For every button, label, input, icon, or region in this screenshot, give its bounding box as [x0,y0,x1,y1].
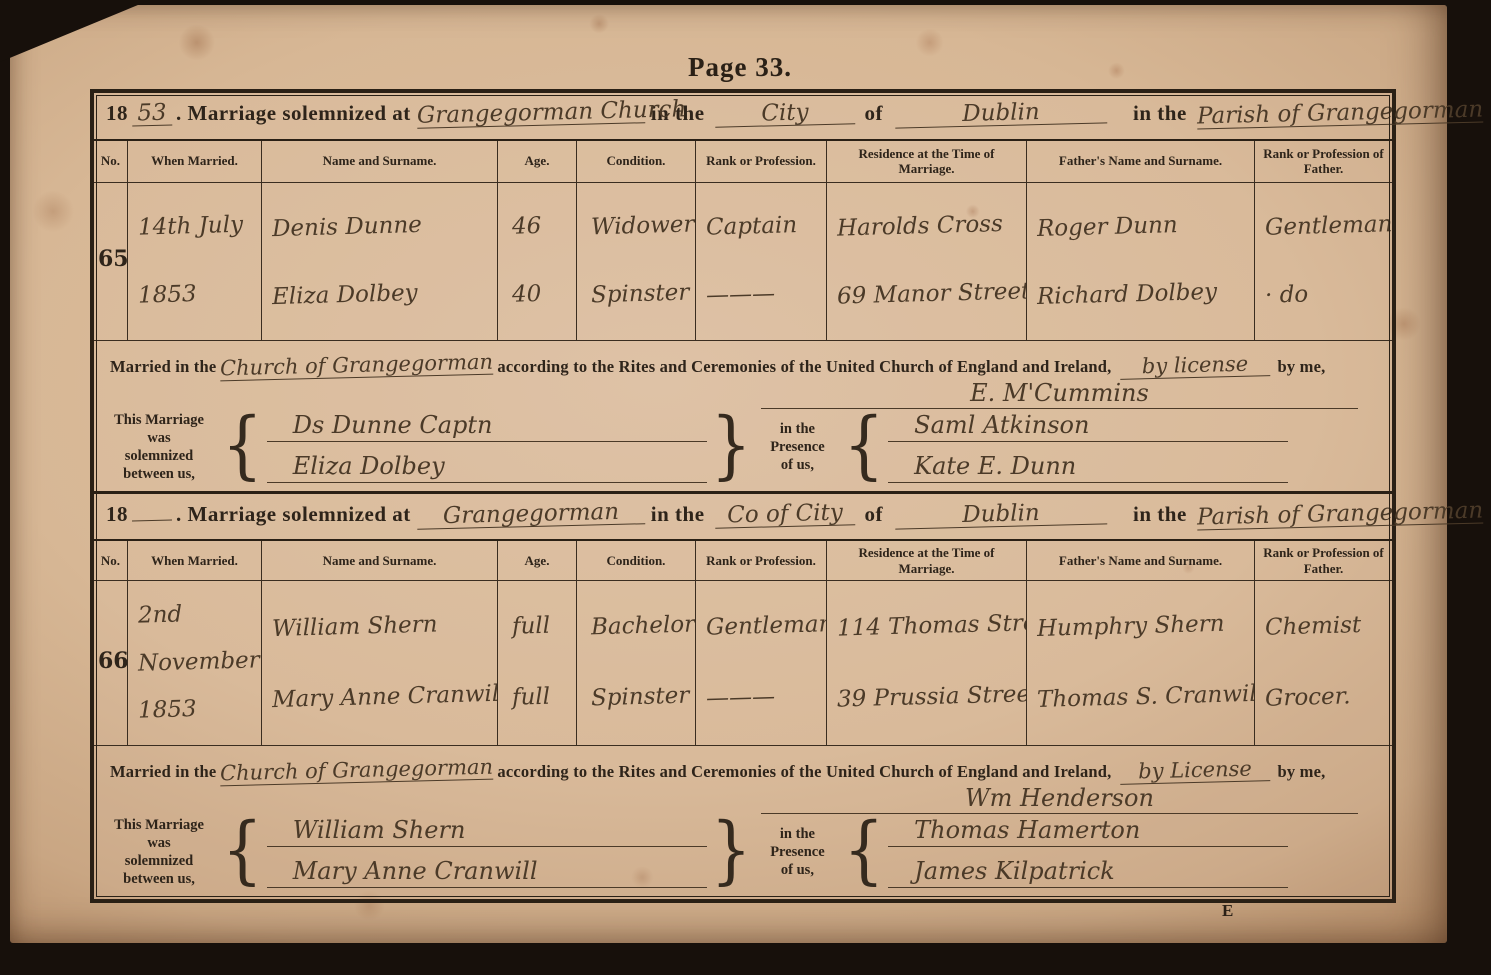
entry-65-header-line: 18 53 . Marriage solemnized at Grangegor… [94,93,1392,139]
marriage-entry-66: 18 . Marriage solemnized at Grangegorman… [94,491,1392,896]
label-line: This Marriage [100,816,218,834]
cell-father-ranks: Chemist Grocer. [1255,581,1392,745]
col-when-married: When Married. [128,541,262,580]
this-marriage-label: This Marriage was solemnized between us, [100,411,218,484]
marriage-entry-65: 18 53 . Marriage solemnized at Grangegor… [94,93,1392,491]
bride-rank: ——— [706,280,823,307]
rites-label: according to the Rites and Ceremonies of… [497,762,1111,782]
open-brace: { [843,819,884,885]
printers-signature-mark: E [1222,901,1233,921]
bride-signature: Mary Anne Cranwill [267,857,707,888]
solemnized-at-label: . Marriage solemnized at [176,101,411,126]
church-field: Church of Grangegorman [220,349,494,381]
entry-66-header-line: 18 . Marriage solemnized at Grangegorman… [94,494,1392,539]
open-brace: { [222,819,263,885]
column-headers: No. When Married. Name and Surname. Age.… [94,539,1392,580]
open-brace: { [222,414,263,480]
groom-signature: William Shern [267,816,707,847]
entry-66-married-in-line: Married in the Church of Grangegorman ac… [94,745,1392,783]
groom-condition: Bachelor [587,613,692,640]
witness-signature: Kate E. Dunn [888,452,1288,483]
in-the-label: in the [651,502,705,527]
groom-signature: Ds Dunne Captn [267,411,707,442]
col-father-rank: Rank or Profession of Father. [1255,541,1392,580]
label-line: This Marriage [100,411,218,429]
label-line: of us, [755,456,839,474]
married-in-label: Married in the [110,762,216,782]
col-rank-profession: Rank or Profession. [696,541,827,580]
col-when-married: When Married. [128,141,262,183]
col-name-surname: Name and Surname. [262,141,498,183]
in-the-label: in the [1133,502,1187,527]
col-name-surname: Name and Surname. [262,541,498,580]
close-brace: } [711,414,752,480]
label-line: solemnized [100,447,218,465]
solemnized-at-label: . Marriage solemnized at [176,502,411,527]
bride-residence: 69 Manor Street [837,279,1023,308]
groom-rank: Captain [706,213,823,240]
bride-condition: Spinster [587,684,692,711]
year-handwritten [132,520,172,522]
groom-father: Roger Dunn [1037,211,1251,241]
bride-age: full [508,684,573,710]
license-field: by License [1119,756,1270,785]
date-line: 14th July [138,213,258,240]
rites-label: according to the Rites and Ceremonies of… [497,357,1111,377]
groom-age: full [508,613,573,639]
bride-father-rank: · do [1265,280,1389,308]
date-line: 1853 [138,695,258,722]
groom-rank: Gentleman [706,613,823,640]
label-line: between us, [100,465,218,483]
cell-fathers: Humphry Shern Thomas S. Cranwill [1027,581,1255,745]
label-line: of us, [755,861,839,879]
year-prefix-label: 18 [106,101,128,126]
cell-residences: 114 Thomas Street 39 Prussia Street [827,581,1027,745]
col-father-name: Father's Name and Surname. [1027,541,1255,580]
year-prefix-label: 18 [106,502,128,527]
of-label: of [865,502,884,527]
date-line: 1853 [138,280,258,307]
witness-signatures: Saml Atkinson Kate E. Dunn [888,411,1288,483]
in-the-label: in the [1133,101,1187,126]
col-no: No. [94,141,128,183]
label-line: solemnized [100,852,218,870]
county-field: Dublin [895,500,1108,529]
bride-age: 40 [508,281,573,307]
groom-name: William Shern [272,611,494,641]
cell-conditions: Widower Spinster [577,183,696,340]
cell-residences: Harolds Cross 69 Manor Street [827,183,1027,340]
label-line: in the [755,420,839,438]
by-me-label: by me, [1278,762,1326,782]
groom-father-rank: Gentleman [1265,212,1389,240]
cell-when-married: 14th July 1853 [128,183,262,340]
groom-name: Denis Dunne [272,211,494,241]
bride-father: Thomas S. Cranwill [1037,682,1251,712]
groom-condition: Widower [587,213,692,240]
col-condition: Condition. [577,541,696,580]
col-age: Age. [498,541,577,580]
cell-ranks: Gentleman ——— [696,581,827,745]
witness-signature: Thomas Hamerton [888,816,1288,847]
entry-66-data-row: 66 2nd November 1853 William Shern Mary … [94,581,1392,745]
license-field: by license [1119,351,1270,380]
cell-when-married: 2nd November 1853 [128,581,262,745]
col-condition: Condition. [577,141,696,183]
groom-age: 46 [508,213,573,239]
witness-signature: James Kilpatrick [888,857,1288,888]
county-field: Dublin [895,99,1108,128]
col-rank-profession: Rank or Profession. [696,141,827,183]
witness-signatures: Thomas Hamerton James Kilpatrick [888,816,1288,888]
cell-father-ranks: Gentleman · do [1255,183,1392,340]
cell-no: 65 [94,183,128,340]
page-number-heading: Page 33. [95,52,1385,83]
groom-father: Humphry Shern [1037,611,1251,641]
marriage-register-table: 18 53 . Marriage solemnized at Grangegor… [90,89,1396,903]
entry-66-signatures: This Marriage was solemnized between us,… [94,814,1392,897]
label-line: was [100,834,218,852]
entry-number: 66 [98,650,123,673]
label-line: was [100,429,218,447]
col-father-name: Father's Name and Surname. [1027,141,1255,183]
witness-signature: Saml Atkinson [888,411,1288,442]
place-field: Grangegorman [417,500,646,530]
col-age: Age. [498,141,577,183]
this-marriage-label: This Marriage was solemnized between us, [100,816,218,889]
bride-residence: 39 Prussia Street [837,682,1023,711]
cell-no: 66 [94,581,128,745]
cell-conditions: Bachelor Spinster [577,581,696,745]
col-no: No. [94,541,128,580]
bride-name: Mary Anne Cranwill [272,682,494,712]
bride-father: Richard Dolbey [1037,279,1251,309]
col-residence: Residence at the Time of Marriage. [827,541,1027,580]
label-line: between us, [100,870,218,888]
presence-label: in the Presence of us, [755,825,839,879]
label-line: Presence [755,843,839,861]
entry-65-data-row: 65 14th July 1853 Denis Dunne Eliza Dolb… [94,183,1392,340]
date-line: November [138,648,258,675]
close-brace: } [711,819,752,885]
groom-residence: Harolds Cross [837,212,1023,241]
district-field: City [714,100,855,127]
presence-label: in the Presence of us, [755,420,839,474]
cell-ranks: Captain ——— [696,183,827,340]
entry-number: 65 [98,248,123,271]
entry-65-married-in-line: Married in the Church of Grangegorman ac… [94,340,1392,378]
cell-names: William Shern Mary Anne Cranwill [262,581,498,745]
party-signatures: Ds Dunne Captn Eliza Dolbey [267,411,707,483]
year-handwritten: 53 [132,102,173,127]
bride-signature: Eliza Dolbey [267,452,707,483]
church-field: Church of Grangegorman [220,754,494,786]
label-line: Presence [755,438,839,456]
entry-65-signatures: This Marriage was solemnized between us,… [94,409,1392,492]
district-field: Co of City [714,501,855,528]
col-residence: Residence at the Time of Marriage. [827,141,1027,183]
cell-fathers: Roger Dunn Richard Dolbey [1027,183,1255,340]
column-headers: No. When Married. Name and Surname. Age.… [94,139,1392,183]
open-brace: { [843,414,884,480]
groom-residence: 114 Thomas Street [837,612,1023,641]
date-line: 2nd [138,601,258,628]
bride-condition: Spinster [587,280,692,307]
party-signatures: William Shern Mary Anne Cranwill [267,816,707,888]
bride-name: Eliza Dolbey [272,279,494,309]
by-me-label: by me, [1278,357,1326,377]
cell-ages: 46 40 [498,183,577,340]
label-line: in the [755,825,839,843]
bride-rank: ——— [706,683,823,710]
col-father-rank: Rank or Profession of Father. [1255,141,1392,183]
cell-names: Denis Dunne Eliza Dolbey [262,183,498,340]
cell-ages: full full [498,581,577,745]
of-label: of [865,101,884,126]
groom-father-rank: Chemist [1265,613,1389,641]
place-field: Grangegorman Church [417,99,646,129]
scanned-register-page: Page 33. 18 53 . Marriage solemnized at … [0,0,1491,975]
bride-father-rank: Grocer. [1265,683,1389,711]
married-in-label: Married in the [110,357,216,377]
